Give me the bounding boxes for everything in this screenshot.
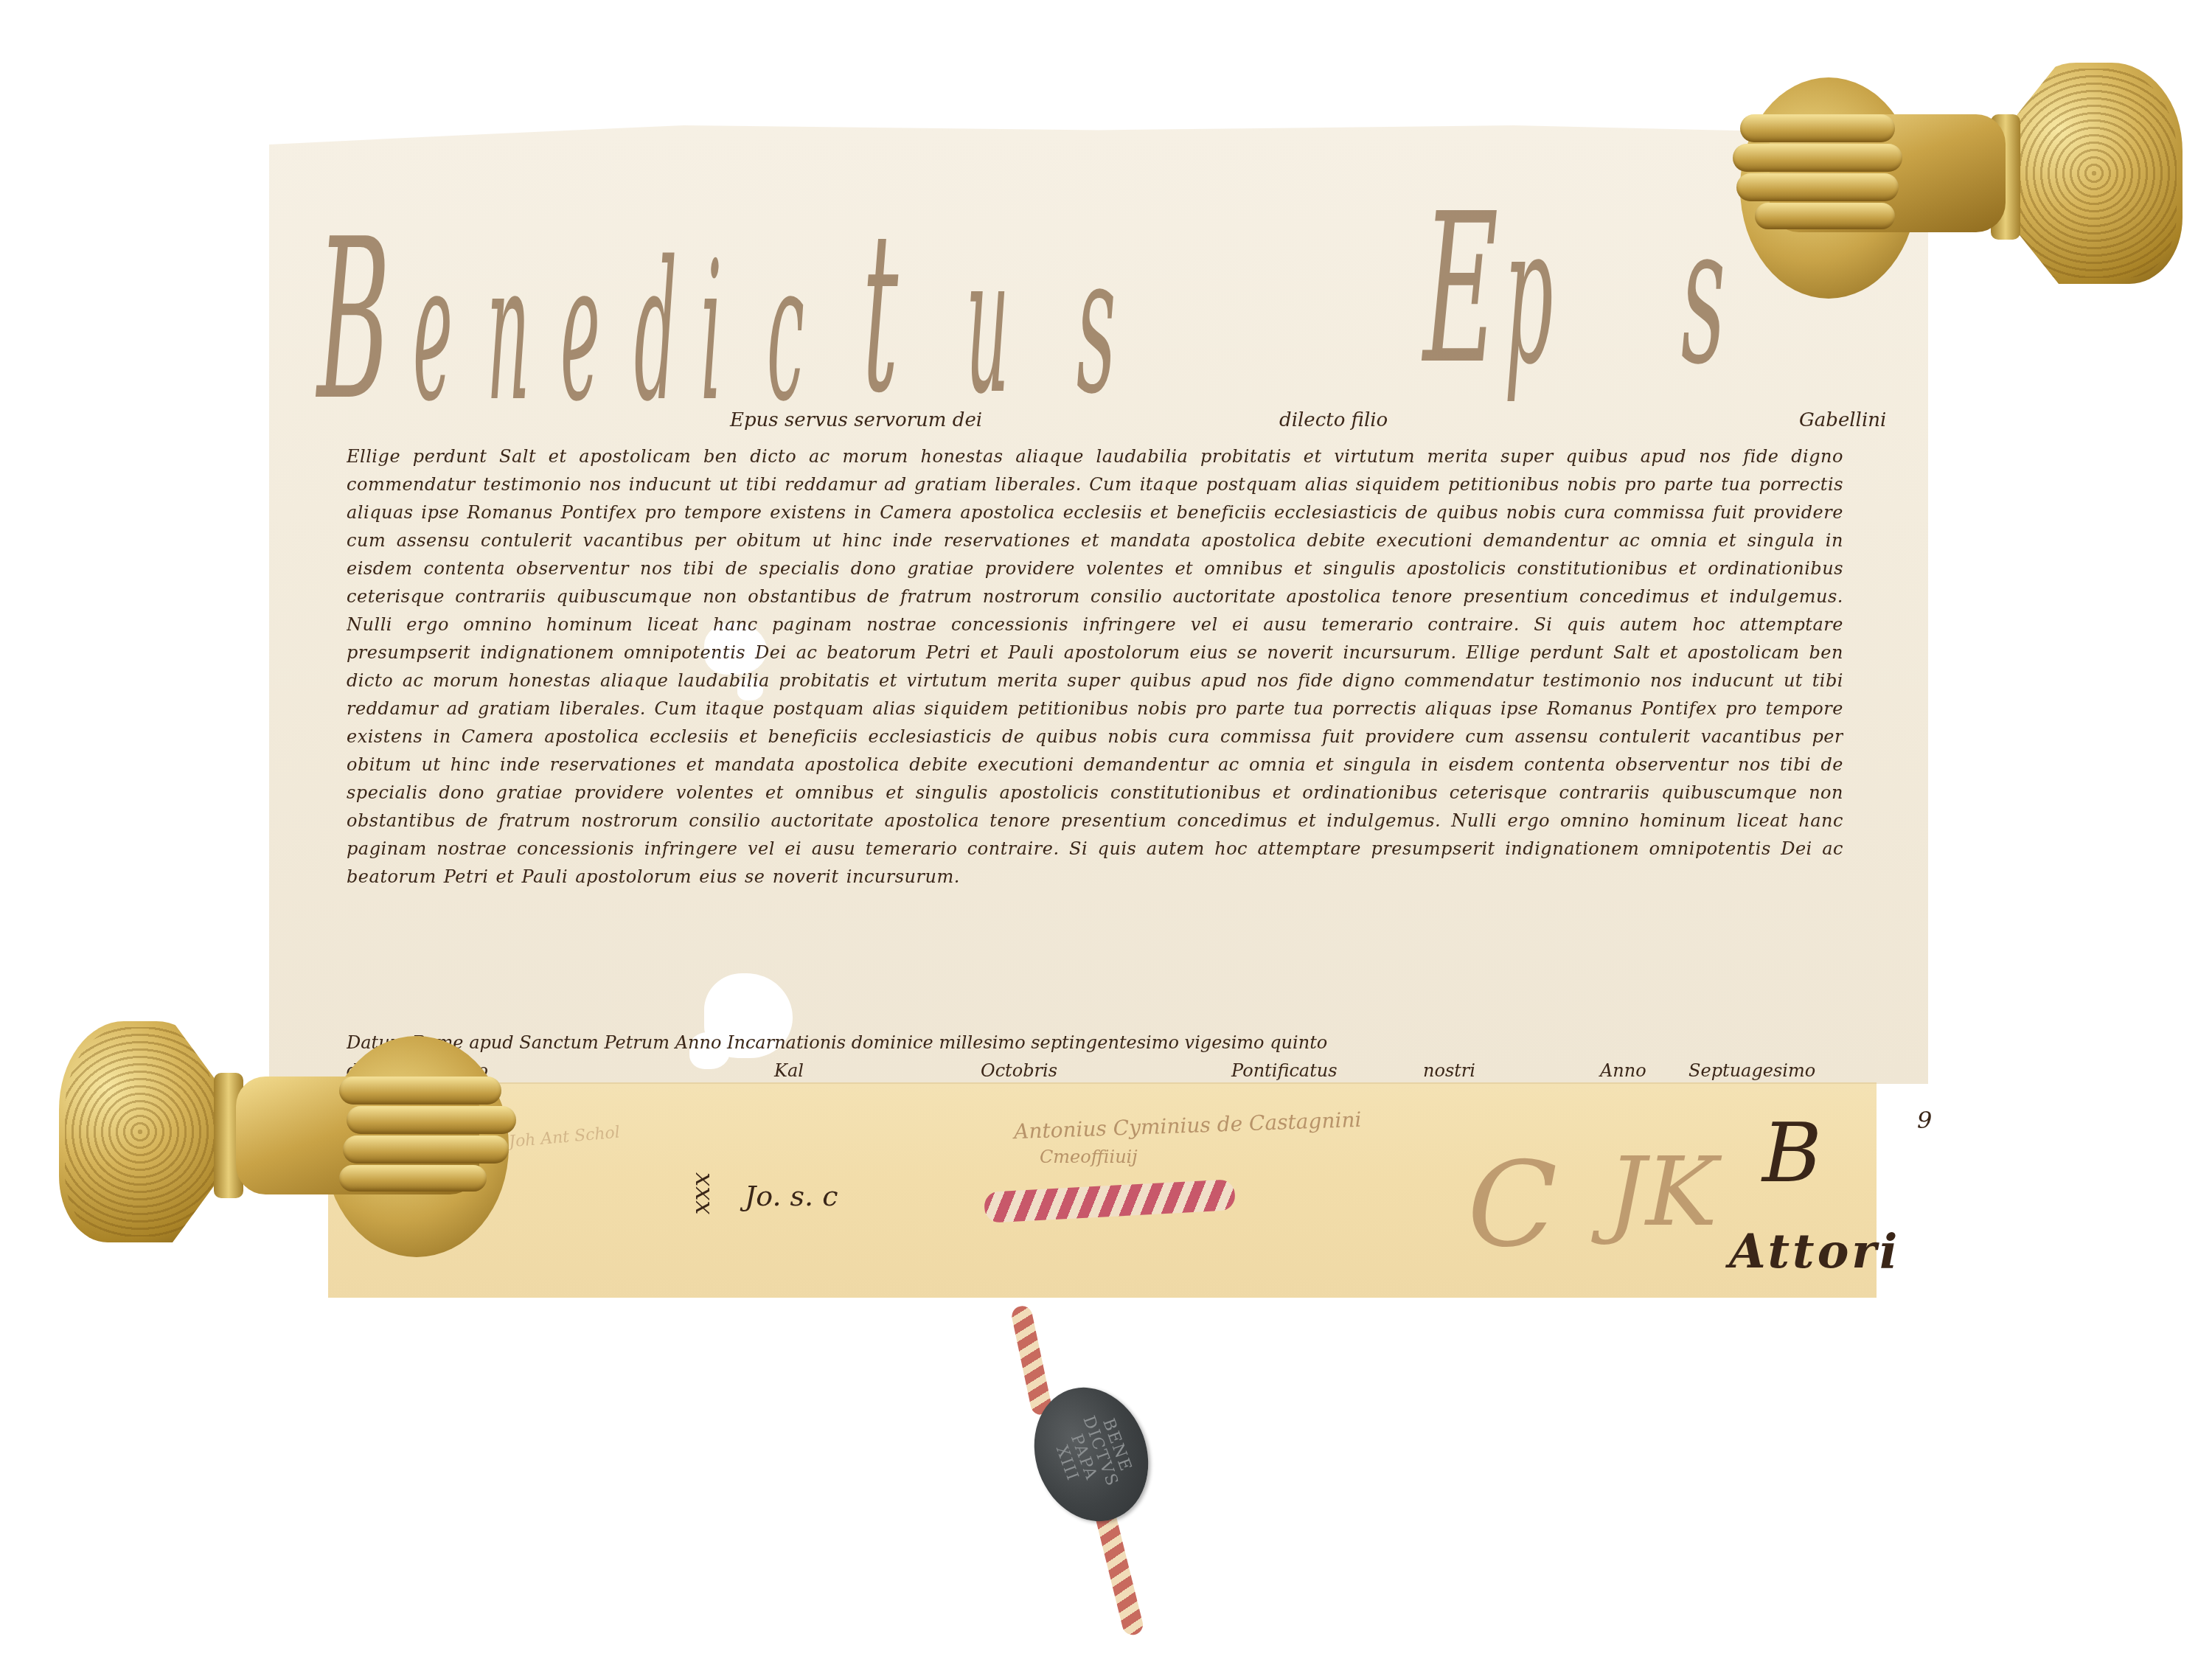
header-letter: n <box>487 221 530 444</box>
header-letter: e <box>413 221 453 444</box>
clip-fan-cuff <box>2006 63 2183 284</box>
header-letter: s <box>1077 214 1116 437</box>
seal-inscription: BENE DICTVS PAPA XIII <box>1046 1408 1138 1502</box>
header-elongated-letters: B e n e d i c t u s E p s <box>317 170 1829 435</box>
plica-scribe-note-2: Cmeoffiiuij <box>1040 1147 1138 1167</box>
header-letter: E <box>1423 170 1498 410</box>
plica-monogram-2: JK <box>1607 1135 1717 1248</box>
header-letter: s <box>1681 184 1725 407</box>
header-letter: u <box>966 214 1009 437</box>
header-letter: e <box>560 221 600 444</box>
addressee-dilecto-filio: dilecto filio <box>1279 409 1388 431</box>
plica-signature: Attori <box>1729 1224 1900 1279</box>
plica-registration-mark: Jo. s. c <box>745 1180 838 1212</box>
dating-clause: Datum Rome apud Sanctum Petrum Anno Inca… <box>347 1032 1843 1053</box>
clip-fan-cuff <box>59 1021 221 1242</box>
document-body-text: Ellige perdunt Salt et apostolicam ben d… <box>347 442 1843 1077</box>
brass-hand-clip-bottom-left <box>59 1021 516 1272</box>
header-letter: i <box>700 221 722 444</box>
plica-vertical-mark: xxx <box>689 1172 719 1215</box>
seal-cord-hanging <box>1010 1304 1054 1417</box>
brass-hand-clip-top-right <box>1725 63 2183 313</box>
header-initial: B <box>317 192 390 449</box>
plica-number-mark: 9 <box>1917 1106 1932 1134</box>
intitulatio: Epus servus servorum dei <box>730 409 982 431</box>
header-letter: p <box>1504 184 1554 407</box>
header-letter: d <box>634 221 677 444</box>
header-letter: t <box>863 184 898 442</box>
plica-monogram-1: C <box>1467 1135 1557 1273</box>
addressee-name: Gabellini <box>1799 409 1886 431</box>
photograph: B e n e d i c t u s E p s Epus servus se… <box>0 0 2212 1659</box>
plica-letter-mark: B <box>1762 1106 1822 1200</box>
